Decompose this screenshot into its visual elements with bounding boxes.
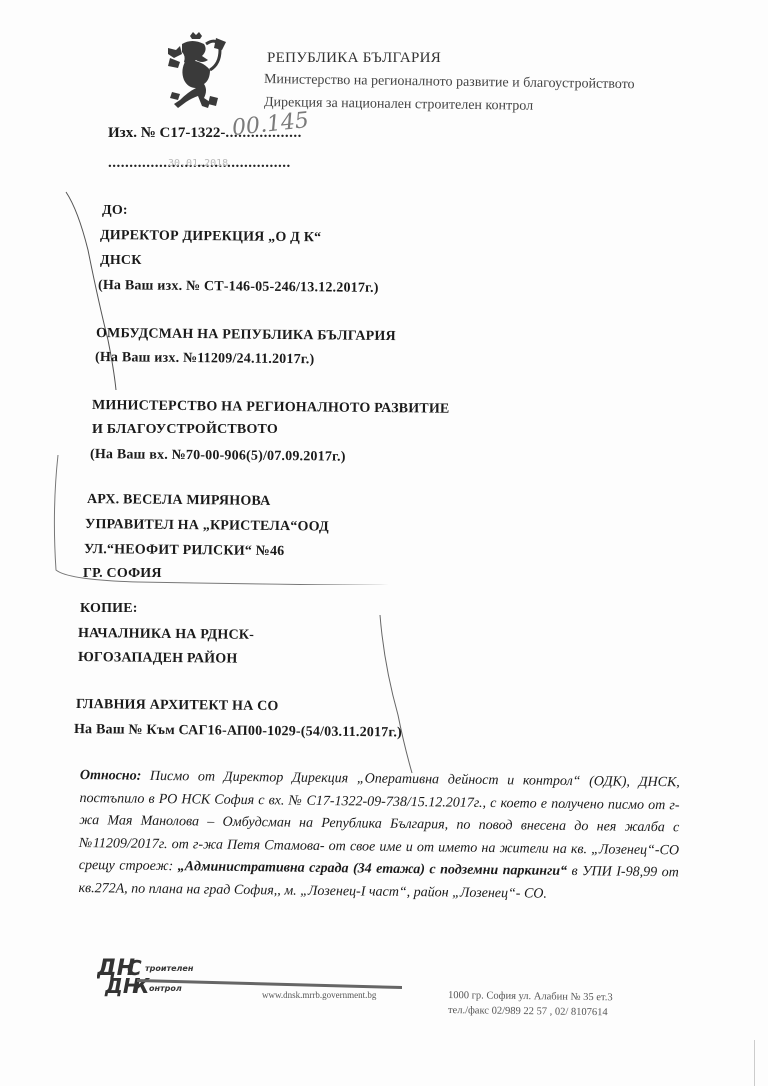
copies-label: КОПИЕ: [80, 601, 138, 617]
svg-text:троителен: троителен [145, 964, 194, 973]
recipient-4-line-1: АРХ. ВЕСЕЛА МИРЯНОВА [87, 492, 271, 510]
recipient-1-line-1: ДИРЕКТОР ДИРЕКЦИЯ „О Д К“ [100, 228, 321, 246]
header-ministry: Министерство на регионалното развитие и … [264, 72, 635, 93]
subject-label: Относно: [80, 768, 142, 784]
recipient-2-line-1: ОМБУДСМАН НА РЕПУБЛИКА БЪЛГАРИЯ [96, 326, 396, 345]
pen-stroke-mark [370, 615, 430, 775]
subject-building: „Административна сграда (34 етажа) с под… [178, 859, 568, 879]
lion-crest-icon [160, 30, 240, 110]
outgoing-number-label: Изх. № С17-1322- [108, 125, 225, 141]
svg-text:онтрол: онтрол [149, 984, 182, 993]
document-page: РЕПУБЛИКА БЪЛГАРИЯ Министерство на регио… [0, 0, 768, 1086]
recipient-1-ref: (На Ваш изх. № СТ-146-05-246/13.12.2017г… [98, 278, 379, 297]
footer-website: www.dnsk.mrrb.government.bg [262, 990, 376, 1000]
date-stamp: 30.01.2018 [168, 158, 228, 169]
recipient-4-line-2: УПРАВИТЕЛ НА „КРИСТЕЛА“ООД [85, 517, 329, 536]
header-country: РЕПУБЛИКА БЪЛГАРИЯ [267, 50, 441, 67]
copy-1-line-2: ЮГОЗАПАДЕН РАЙОН [78, 650, 238, 668]
recipient-4-line-4: ГР. СОФИЯ [83, 566, 162, 582]
recipient-2-ref: (На Ваш изх. №11209/24.11.2017г.) [95, 350, 315, 368]
copy-2-ref: На Ваш № Към САГ16-АП00-1029-(54/03.11.2… [74, 722, 402, 741]
scan-edge-line [754, 1040, 755, 1086]
footer-phone: тел./факс 02/989 22 57 , 02/ 8107614 [448, 1005, 608, 1018]
subject-paragraph: Относно: Писмо от Директор Дирекция „Опе… [78, 765, 680, 907]
copy-1-line-1: НАЧАЛНИКА НА РДНСК- [78, 626, 254, 644]
to-label: ДО: [102, 203, 128, 219]
recipient-4-line-3: УЛ.“НЕОФИТ РИЛСКИ“ №46 [84, 542, 285, 560]
recipient-1-line-2: ДНСК [100, 253, 142, 269]
recipient-3-line-2: И БЛАГОУСТРОЙСТВОТО [92, 422, 278, 438]
subject-text-1: Писмо от Директор Дирекция „Оперативна д… [79, 769, 680, 874]
recipient-3-ref: (На Ваш вх. №70-00-906(5)/07.09.2017г.) [90, 447, 346, 466]
copy-2-line-1: ГЛАВНИЯ АРХИТЕКТ НА СО [76, 697, 279, 715]
footer-address: 1000 гр. София ул. Алабин № 35 ет.3 [448, 990, 613, 1003]
